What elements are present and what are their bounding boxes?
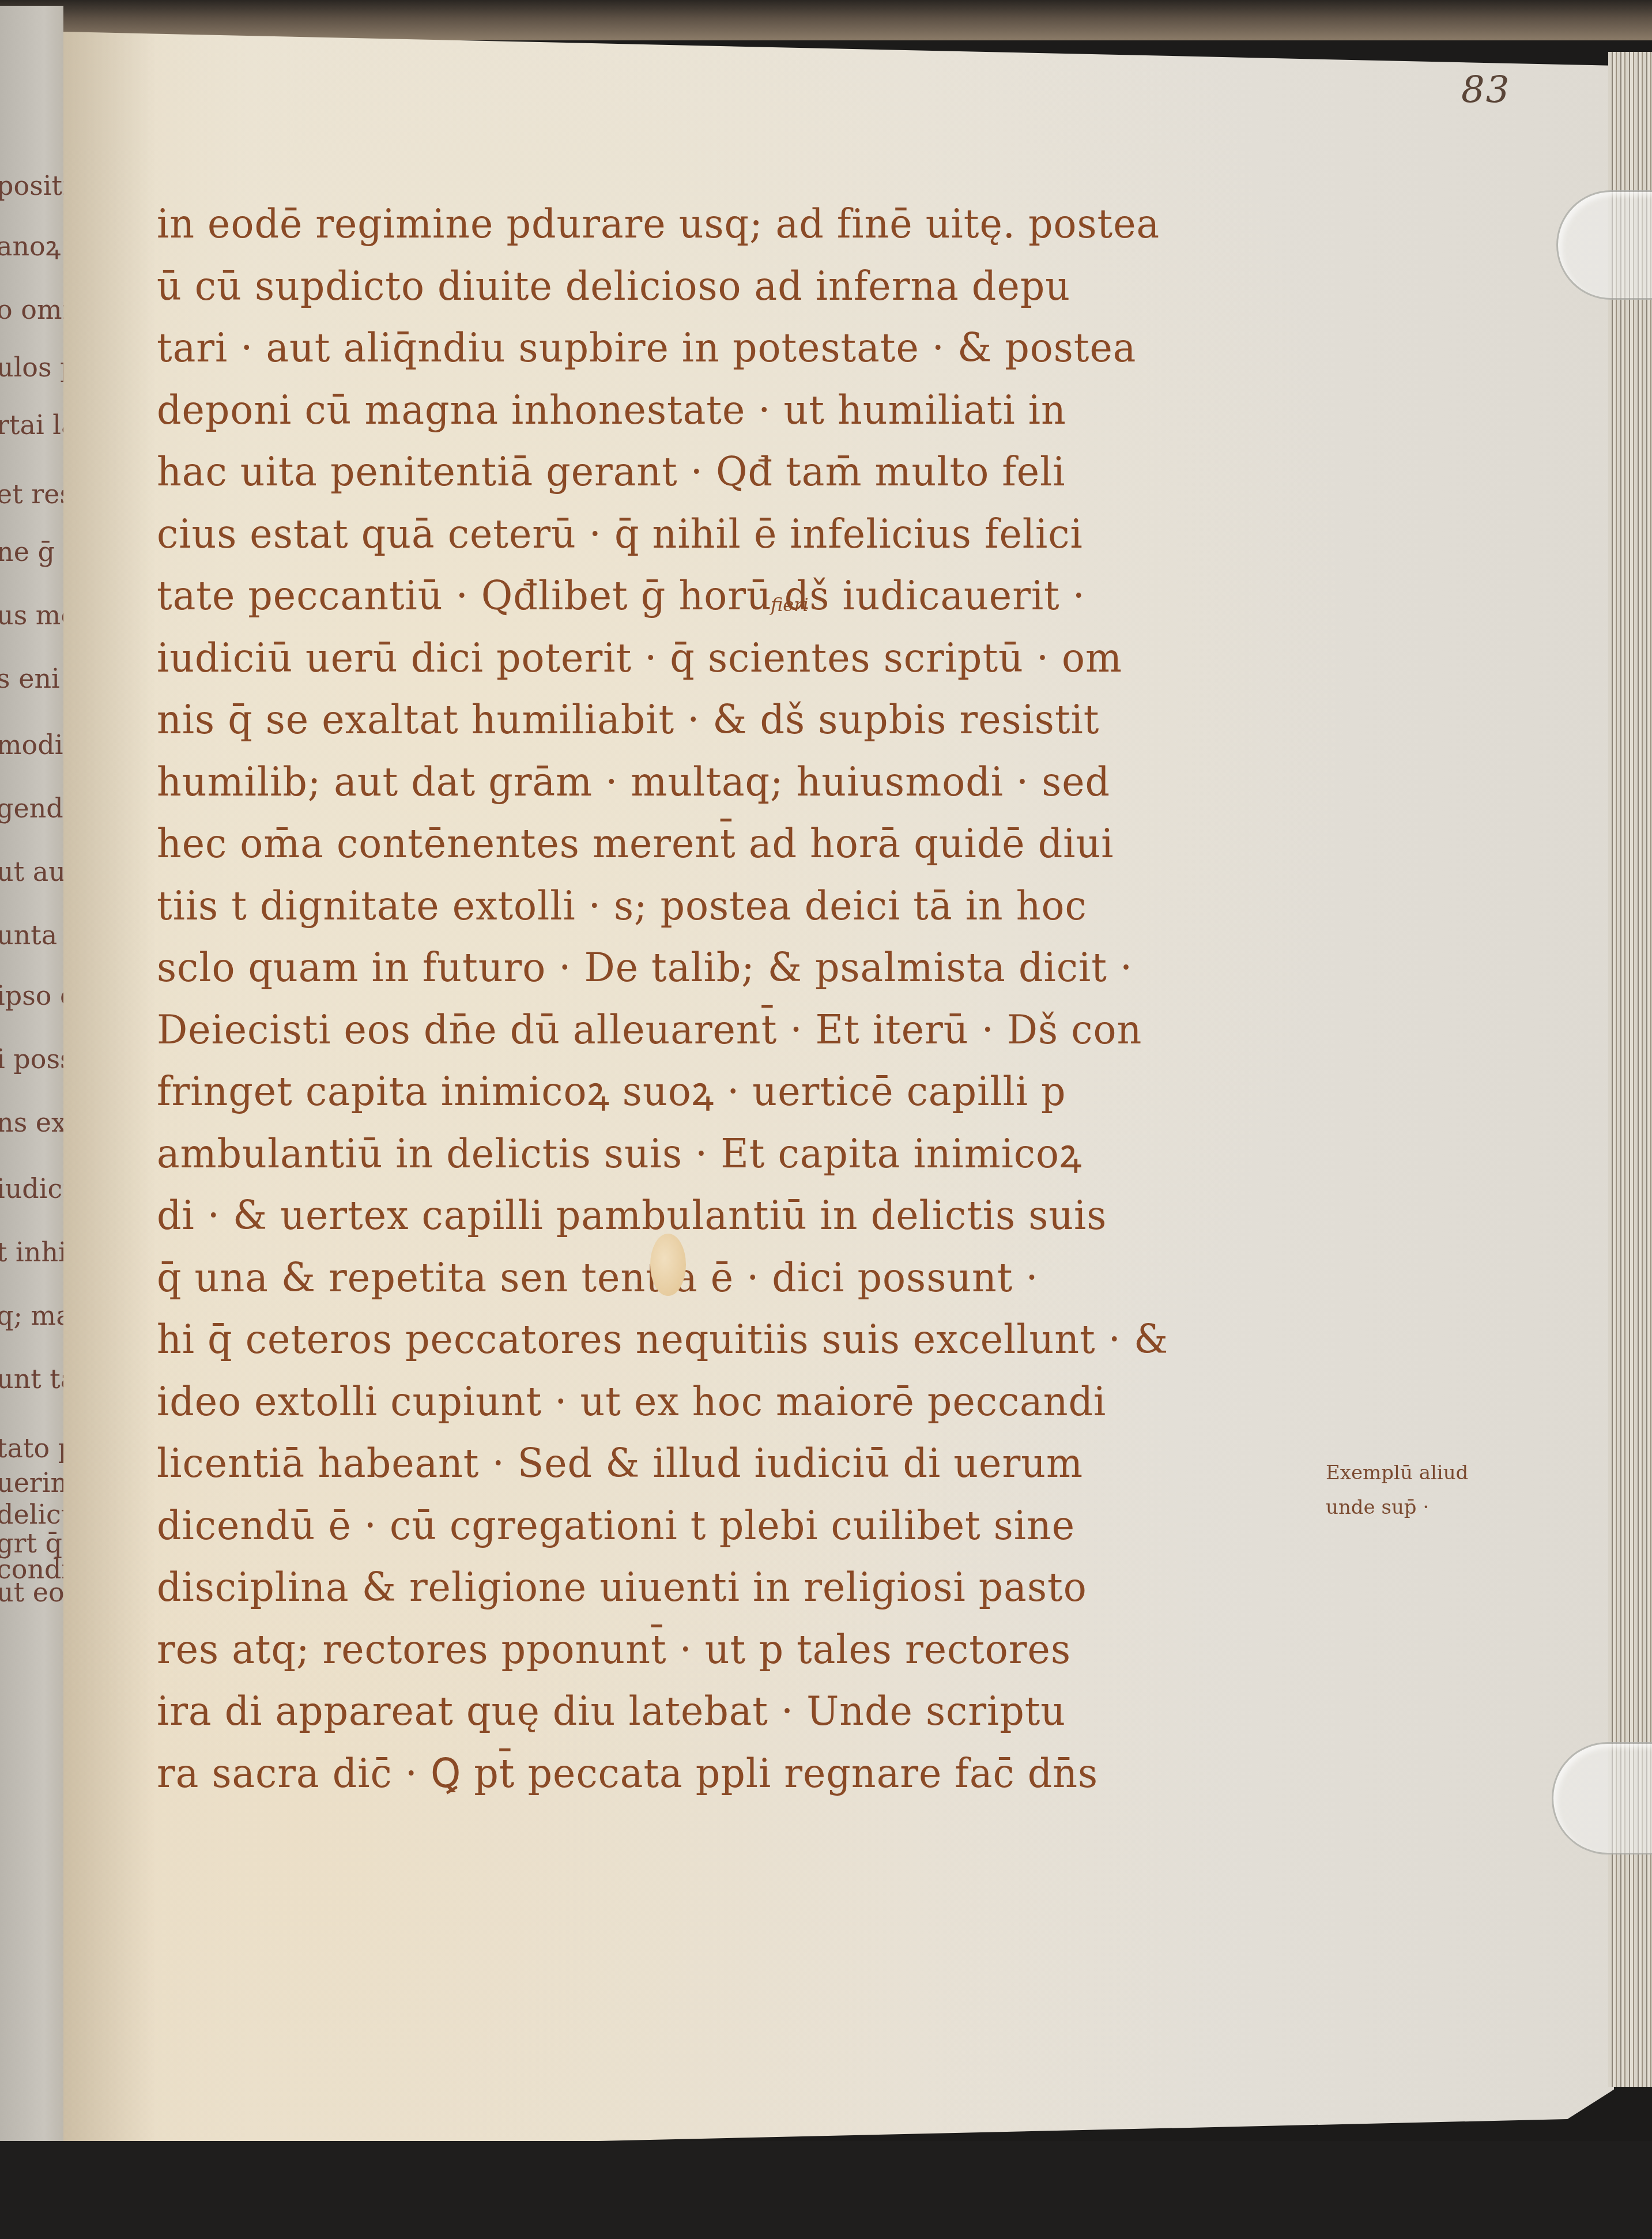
text-line: fringet capita inimicoꝝ suoꝝ · uerticē c… (157, 1061, 1252, 1123)
text-line: hi q̄ ceteros peccatores nequitiis suis … (157, 1309, 1252, 1371)
text-line: q̄ una & repetita sen tentia ē · dici po… (157, 1247, 1252, 1309)
book-binding-bottom (0, 2141, 1652, 2239)
margin-note-line: Exemplū aliud (1326, 1456, 1545, 1490)
text-line: Deiecisti eos dn̄e dū alleuarent̄ · Et i… (157, 999, 1252, 1061)
facing-fragment: iudiciu (0, 1173, 63, 1204)
text-line: sclo quam in futuro · De talib; & psalmi… (157, 937, 1252, 999)
margin-note-line: unde sup̄ · (1326, 1490, 1545, 1525)
facing-fragment: t inhi (0, 1237, 63, 1268)
facing-fragment: tato pp (0, 1433, 63, 1464)
text-line: tiis t dignitate extolli · s; postea dei… (157, 875, 1252, 937)
text-line: hac uita penitentiā gerant · Qđ tam̄ mul… (157, 441, 1252, 503)
gutter-shadow (63, 32, 156, 2153)
margin-note: Exemplū aliud unde sup̄ · (1326, 1456, 1545, 1525)
book-binding-top (0, 0, 1652, 40)
text-line: ambulantiū in delictis suis · Et capita … (157, 1123, 1252, 1185)
text-line: disciplina & religione uiuenti in religi… (157, 1556, 1252, 1619)
text-line: humilib; aut dat grām · multaq; huiusmod… (157, 751, 1252, 813)
main-text-block: in eodē regimine pdurare usq; ad finē ui… (157, 193, 1310, 1804)
text-line: cius estat quā ceterū · q̄ nihil ē infel… (157, 503, 1252, 566)
parchment-hole (650, 1234, 686, 1296)
facing-fragment: gendi o (0, 793, 63, 824)
interlinear-gloss: fieri (771, 594, 809, 616)
facing-fragment: delicus (0, 1499, 63, 1530)
facing-fragment: o omnib (0, 294, 63, 325)
facing-fragment: rtai lat (0, 409, 63, 440)
facing-fragment: ut eos p (0, 1577, 63, 1608)
text-line: nis q̄ se exaltat humiliabit · & dš supb… (157, 689, 1252, 751)
text-line: deponi cū magna inhonestate · ut humilia… (157, 379, 1252, 442)
facing-fragment: uerint · n (0, 1467, 63, 1498)
facing-fragment: unt tan (0, 1363, 63, 1394)
text-line: di · & uertex capilli pambulantiū in del… (157, 1185, 1252, 1247)
folio-number: 83 (1461, 69, 1510, 112)
text-line: iudiciū uerū dici poterit · q̄ scientes … (157, 627, 1252, 689)
facing-fragment: positio (0, 170, 63, 201)
text-line: dicendū ē · cū cgregationi t plebi cuili… (157, 1495, 1252, 1557)
text-line: ū cū supdicto diuite delicioso ad infern… (157, 255, 1252, 318)
facing-fragment: ut aud (0, 856, 63, 887)
text-line: tari · aut aliq̄ndiu supbire in potestat… (157, 317, 1252, 379)
facing-fragment: i possun (0, 1043, 63, 1075)
facing-fragment: et resp (0, 478, 63, 510)
facing-fragment: us mod (0, 600, 63, 631)
facing-fragment: s eni un (0, 663, 63, 694)
facing-fragment: unta pos (0, 919, 63, 951)
facing-fragment: q; magi (0, 1300, 63, 1331)
facing-fragment: anoꝝ fal (0, 228, 63, 263)
facing-fragment: ulos po (0, 352, 63, 383)
text-line: ira di appareat quę diu latebat · Unde s… (157, 1680, 1252, 1743)
facing-fragment: ns exa (0, 1107, 63, 1138)
text-line: ideo extolli cupiunt · ut ex hoc maiorē … (157, 1371, 1252, 1433)
facing-page-edge: positio anoꝝ fal o omnib ulos po rtai la… (0, 6, 63, 2231)
facing-fragment: ipso co (0, 980, 63, 1011)
text-line: licentiā habeant · Sed & illud iudiciū d… (157, 1433, 1252, 1495)
text-line: tate peccantiū · Qđlibet ḡ horū dš iudic… (157, 565, 1252, 627)
text-line: in eodē regimine pdurare usq; ad finē ui… (157, 193, 1252, 255)
text-line: res atq; rectores pponunt̄ · ut p tales … (157, 1619, 1252, 1681)
facing-fragment: modis t (0, 729, 63, 760)
facing-fragment: ne ḡ li (0, 536, 63, 567)
text-line: hec om̄a contēnentes merent̄ ad horā qui… (157, 813, 1252, 875)
text-line: ra sacra dic̄ · Ꝗ pt̄ peccata ppli regna… (157, 1743, 1252, 1805)
